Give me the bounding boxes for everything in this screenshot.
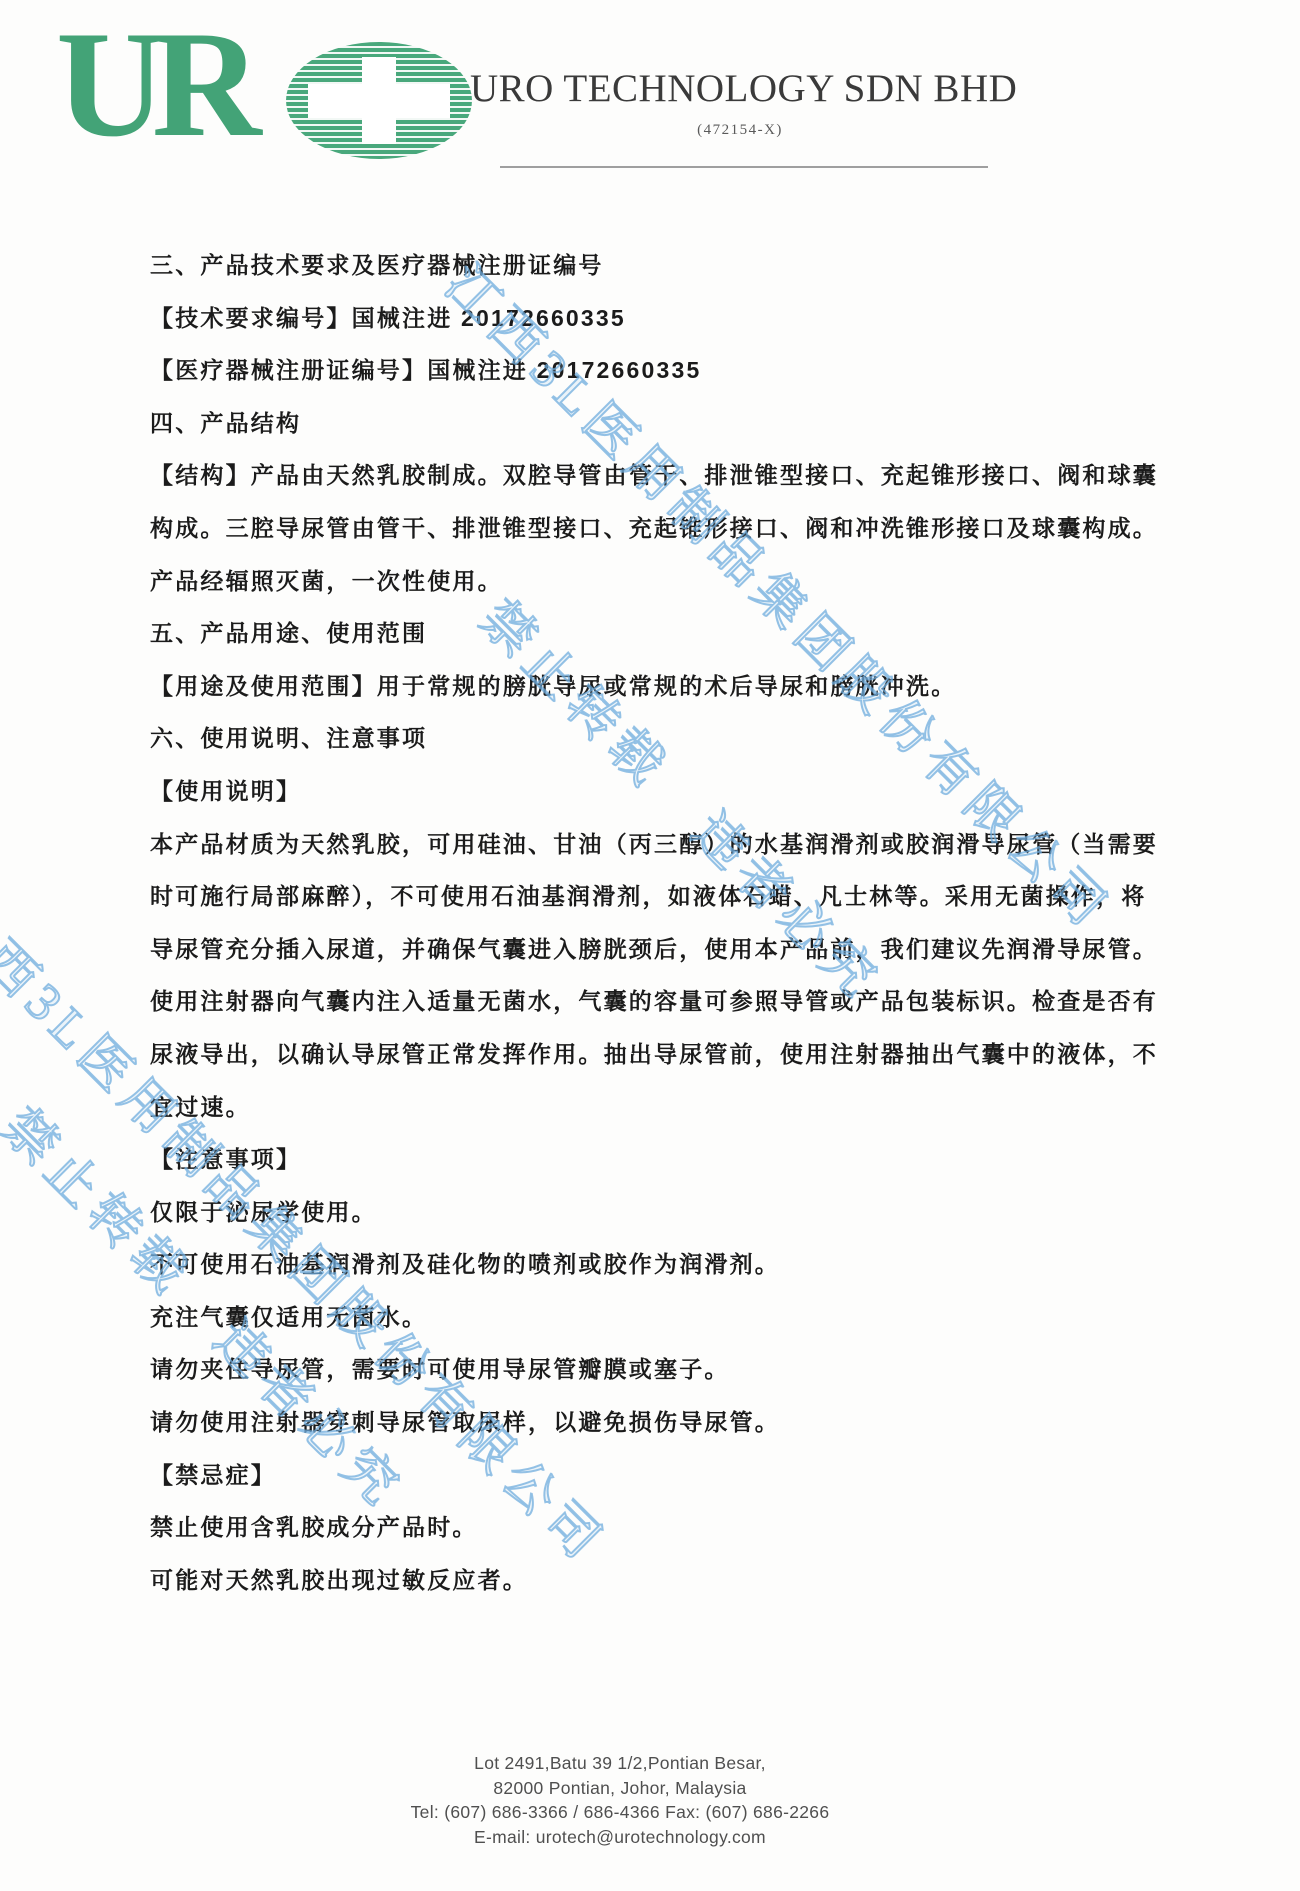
footer-address-line-2: 82000 Pontian, Johor, Malaysia: [0, 1776, 1240, 1801]
document-text-line: 【技术要求编号】国械注进 20172660335: [150, 292, 1190, 345]
document-body: 三、产品技术要求及医疗器械注册证编号【技术要求编号】国械注进 201726603…: [150, 239, 1190, 1606]
cross-icon-horizontal-bar: [308, 84, 449, 118]
footer-phone-fax-line: Tel: (607) 686-3366 / 686-4366 Fax: (607…: [0, 1800, 1240, 1825]
document-text-line: 不可使用石油基润滑剂及硅化物的喷剂或胶作为润滑剂。: [150, 1238, 1190, 1291]
document-text-line: 时可施行局部麻醉），不可使用石油基润滑剂，如液体石蜡、凡士林等。采用无菌操作，将: [150, 870, 1190, 923]
document-text-line: 【注意事项】: [150, 1133, 1190, 1186]
document-text-line: 请勿使用注射器穿刺导尿管取尿样，以避免损伤导尿管。: [150, 1396, 1190, 1449]
document-text-line: 仅限于泌尿学使用。: [150, 1186, 1190, 1239]
footer-email-line: E-mail: urotech@urotechnology.com: [0, 1825, 1240, 1850]
document-text-line: 请勿夹住导尿管，需要时可使用导尿管瓣膜或塞子。: [150, 1343, 1190, 1396]
document-text-line: 【结构】产品由天然乳胶制成。双腔导管由管干、排泄锥型接口、充起锥形接口、阀和球囊: [150, 449, 1190, 502]
document-text-line: 宜过速。: [150, 1081, 1190, 1134]
document-text-line: 四、产品结构: [150, 397, 1190, 450]
document-text-line: 使用注射器向气囊内注入适量无菌水，气囊的容量可参照导管或产品包装标识。检查是否有: [150, 975, 1190, 1028]
uro-logo-letters: UR: [56, 8, 248, 160]
document-text-line: 尿液导出，以确认导尿管正常发挥作用。抽出导尿管前，使用注射器抽出气囊中的液体，不: [150, 1028, 1190, 1081]
document-text-line: 【用途及使用范围】用于常规的膀胱导尿或常规的术后导尿和膀胱冲洗。: [150, 660, 1190, 713]
document-text-line: 充注气囊仅适用无菌水。: [150, 1291, 1190, 1344]
document-text-line: 五、产品用途、使用范围: [150, 607, 1190, 660]
company-registration-number: (472154-X): [470, 122, 1010, 139]
document-text-line: 产品经辐照灭菌，一次性使用。: [150, 555, 1190, 608]
document-text-line: 本产品材质为天然乳胶，可用硅油、甘油（丙三醇）的水基润滑剂或胶润滑导尿管（当需要: [150, 818, 1190, 871]
document-text-line: 可能对天然乳胶出现过敏反应者。: [150, 1554, 1190, 1607]
company-name-title: URO TECHNOLOGY SDN BHD: [470, 66, 1010, 111]
footer-contact-block: Lot 2491,Batu 39 1/2,Pontian Besar, 8200…: [0, 1751, 1240, 1849]
document-text-line: 三、产品技术要求及医疗器械注册证编号: [150, 239, 1190, 292]
header-divider: [500, 166, 988, 168]
document-text-line: 【医疗器械注册证编号】国械注进 20172660335: [150, 344, 1190, 397]
document-text-line: 六、使用说明、注意事项: [150, 712, 1190, 765]
uro-logo-cross-circle-icon: [286, 42, 472, 159]
document-text-line: 【使用说明】: [150, 765, 1190, 818]
document-text-line: 导尿管充分插入尿道，并确保气囊进入膀胱颈后，使用本产品前，我们建议先润滑导尿管。: [150, 923, 1190, 976]
scanned-document-page: UR URO TECHNOLOGY SDN BHD (472154-X) 三、产…: [0, 0, 1300, 1891]
document-text-line: 【禁忌症】: [150, 1449, 1190, 1502]
document-text-line: 构成。三腔导尿管由管干、排泄锥型接口、充起锥形接口、阀和冲洗锥形接口及球囊构成。: [150, 502, 1190, 555]
footer-address-line-1: Lot 2491,Batu 39 1/2,Pontian Besar,: [0, 1751, 1240, 1776]
document-text-line: 禁止使用含乳胶成分产品时。: [150, 1501, 1190, 1554]
